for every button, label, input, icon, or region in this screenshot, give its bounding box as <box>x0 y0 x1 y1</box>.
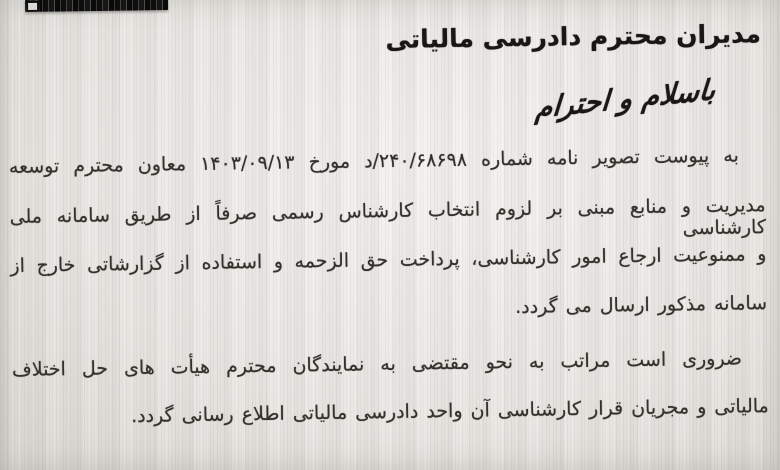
body-line: مالیاتی و مجریان قرار کارشناسی آن واحد د… <box>13 395 769 441</box>
letter-content: مدیران محترم دادرسی مالیاتی باسلام و احت… <box>0 0 780 470</box>
body-line: مدیریت و منابع مبنی بر لزوم انتخاب کارشن… <box>9 194 765 240</box>
scanned-letter-page: مدیران محترم دادرسی مالیاتی باسلام و احت… <box>0 0 780 470</box>
handwritten-greeting: باسلام و احترام <box>534 73 716 125</box>
body-line: ضروری است مراتب به نحو مقتضی به نمایندگا… <box>12 347 768 393</box>
body-line: و ممنوعیت ارجاع امور کارشناسی، پرداخت حق… <box>10 243 766 289</box>
body-line: سامانه مذکور ارسال می گردد. <box>11 292 767 338</box>
body-line: به پیوست تصویر نامه شماره ۲۴۰/۶۸۶۹۸/د مو… <box>9 144 765 190</box>
letter-heading: مدیران محترم دادرسی مالیاتی <box>385 19 761 54</box>
